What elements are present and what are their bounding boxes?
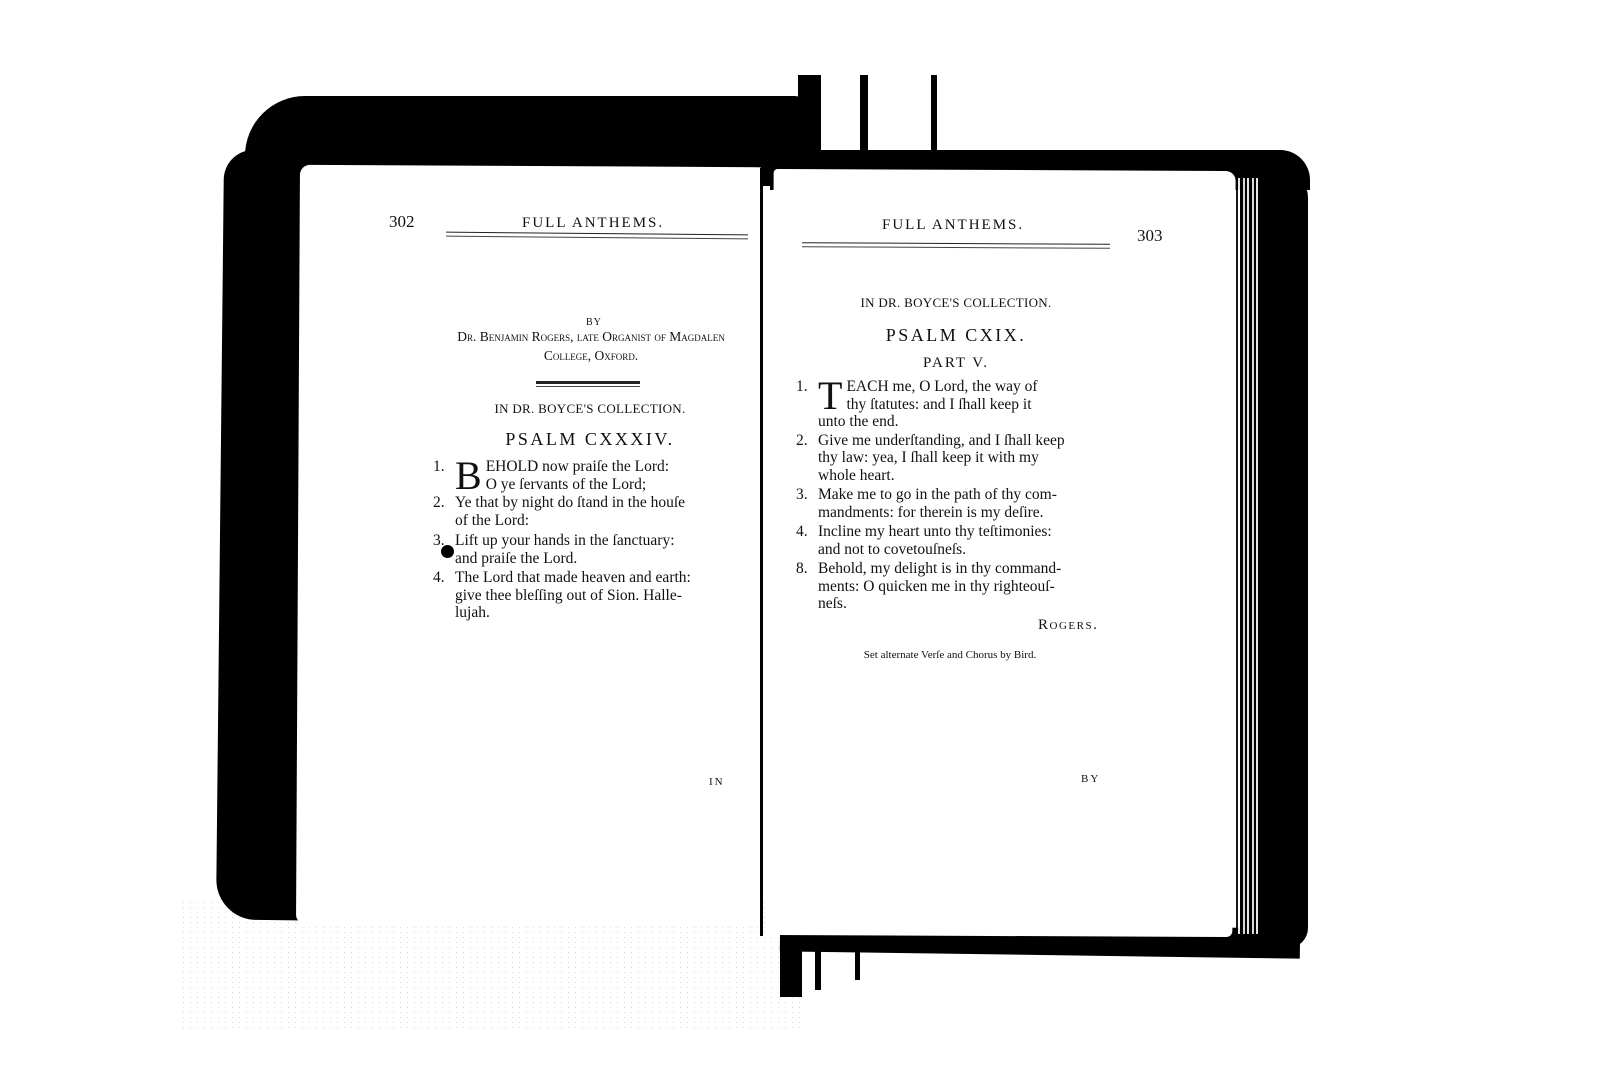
verse-number: 3. bbox=[796, 486, 808, 504]
book-spine-tab-bottom-3 bbox=[855, 935, 860, 980]
left-collection-heading: IN DR. BOYCE'S COLLECTION. bbox=[440, 401, 740, 417]
book-spine-tab-top-3 bbox=[931, 75, 937, 160]
verse-line: Incline my heart unto thy teſtimonies: bbox=[818, 523, 1108, 541]
verse-1: 1. B EHOLD now praiſe the Lord: O ye ſer… bbox=[455, 458, 740, 493]
verse-3: 3. Make me to go in the path of thy com-… bbox=[818, 486, 1108, 521]
verse-number: 8. bbox=[796, 560, 808, 578]
left-running-head: FULL ANTHEMS. bbox=[522, 215, 664, 232]
drop-cap: T bbox=[818, 379, 842, 412]
page-edges bbox=[1236, 178, 1258, 934]
verse-number: 2. bbox=[796, 432, 808, 450]
section-rule-thin bbox=[536, 386, 640, 387]
signature-rogers: Rogers. bbox=[1038, 617, 1098, 634]
verse-line: mandments: for therein is my deſire. bbox=[818, 504, 1108, 522]
verse-line: Ye that by night do ſtand in the houſe bbox=[455, 494, 740, 512]
book-spine-tab-bottom-2 bbox=[815, 935, 821, 990]
verse-line: neſs. bbox=[818, 595, 1108, 613]
verse-number: 2. bbox=[433, 494, 445, 512]
verse-2: 2. Ye that by night do ſtand in the houſ… bbox=[455, 494, 740, 529]
right-part-heading: PART V. bbox=[806, 355, 1106, 372]
section-rule-thick bbox=[536, 381, 640, 384]
verse-line: give thee bleſſing out of Sion. Halle- bbox=[455, 587, 740, 605]
verse-line: O ye ſervants of the Lord; bbox=[455, 476, 740, 494]
verse-line: Lift up your hands in the ſanctuary: bbox=[455, 532, 740, 550]
verse-line: and not to covetouſneſs. bbox=[818, 541, 1108, 559]
verse-line: The Lord that made heaven and earth: bbox=[455, 569, 740, 587]
composer-line-2: College, Oxford. bbox=[430, 346, 752, 365]
left-page-number: 302 bbox=[389, 212, 415, 232]
verse-1: 1. T EACH me, O Lord, the way of thy ſta… bbox=[818, 378, 1108, 431]
right-page-number: 303 bbox=[1137, 226, 1163, 246]
book-spine-tab-top-2 bbox=[860, 75, 868, 160]
drop-cap: B bbox=[455, 459, 482, 492]
verse-line: thy ſtatutes: and I ſhall keep it bbox=[818, 396, 1108, 414]
verse-line: thy law: yea, I ſhall keep it with my bbox=[818, 449, 1108, 467]
right-psalm-title: PSALM CXIX. bbox=[806, 325, 1106, 346]
verse-3: 3. Lift up your hands in the ſanctuary: … bbox=[455, 532, 740, 567]
composer-credit: Dr. Benjamin Rogers, late Organiſt of Ma… bbox=[430, 327, 752, 365]
verse-line: EACH me, O Lord, the way of bbox=[818, 378, 1108, 396]
verse-number: 1. bbox=[796, 378, 808, 396]
ink-blot bbox=[441, 545, 454, 558]
verse-4: 4. The Lord that made heaven and earth: … bbox=[455, 569, 740, 622]
verse-line: of the Lord: bbox=[455, 512, 740, 530]
verse-number: 4. bbox=[796, 523, 808, 541]
verse-line: unto the end. bbox=[818, 413, 1108, 431]
right-catchword: BY bbox=[1081, 773, 1100, 785]
verse-line: and praiſe the Lord. bbox=[455, 550, 740, 568]
verse-line: Give me underſtanding, and I ſhall keep bbox=[818, 432, 1108, 450]
verse-line: lujah. bbox=[455, 604, 740, 622]
performance-note: Set alternate Verſe and Chorus by Bird. bbox=[820, 649, 1080, 661]
composer-line-1: Dr. Benjamin Rogers, late Organiſt of Ma… bbox=[430, 327, 752, 346]
verse-line: EHOLD now praiſe the Lord: bbox=[455, 458, 740, 476]
book-spine-tab-bottom bbox=[780, 935, 802, 997]
left-catchword: IN bbox=[709, 776, 725, 788]
left-verses: 1. B EHOLD now praiſe the Lord: O ye ſer… bbox=[455, 458, 740, 623]
left-psalm-title: PSALM CXXXIV. bbox=[440, 429, 740, 450]
right-collection-heading: IN DR. BOYCE'S COLLECTION. bbox=[806, 295, 1106, 311]
verse-2: 2. Give me underſtanding, and I ſhall ke… bbox=[818, 432, 1108, 485]
verse-number: 4. bbox=[433, 569, 445, 587]
right-running-head: FULL ANTHEMS. bbox=[882, 217, 1024, 234]
book-spine-tab-top bbox=[798, 75, 821, 165]
book-gutter bbox=[760, 168, 763, 936]
verse-number: 1. bbox=[433, 458, 445, 476]
right-verses: 1. T EACH me, O Lord, the way of thy ſta… bbox=[818, 378, 1108, 614]
verse-4: 4. Incline my heart unto thy teſtimonies… bbox=[818, 523, 1108, 558]
verse-line: Behold, my delight is in thy command- bbox=[818, 560, 1108, 578]
verse-8: 8. Behold, my delight is in thy command-… bbox=[818, 560, 1108, 613]
verse-line: Make me to go in the path of thy com- bbox=[818, 486, 1108, 504]
verse-line: ments: O quicken me in thy righteouſ- bbox=[818, 578, 1108, 596]
verse-line: whole heart. bbox=[818, 467, 1108, 485]
